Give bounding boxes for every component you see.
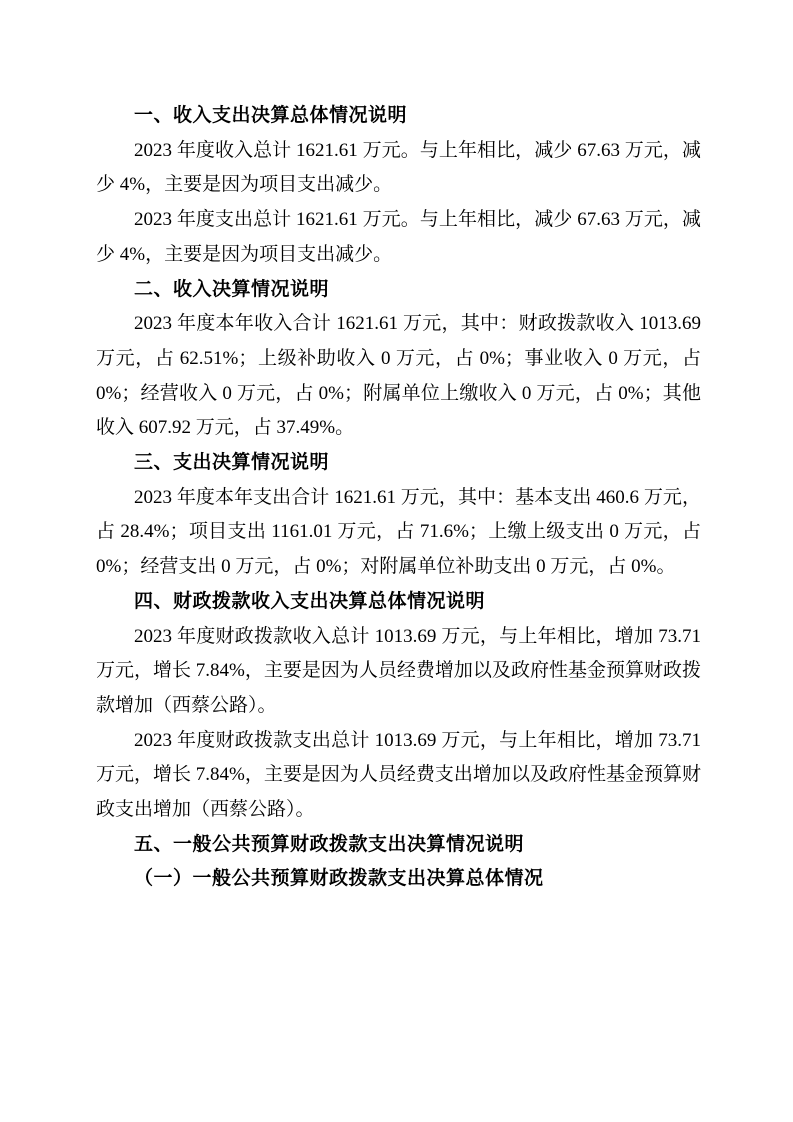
paragraph: 2023 年度财政拨款支出总计 1013.69 万元，与上年相比，增加 73.7… — [96, 724, 701, 828]
section-1-heading: 一、收入支出决算总体情况说明 — [96, 99, 701, 134]
section-3-heading: 三、支出决算情况说明 — [96, 446, 701, 481]
paragraph: 2023 年度收入总计 1621.61 万元。与上年相比，减少 67.63 万元… — [96, 134, 701, 203]
section-4-heading: 四、财政拨款收入支出决算总体情况说明 — [96, 585, 701, 620]
paragraph: 2023 年度本年支出合计 1621.61 万元，其中：基本支出 460.6 万… — [96, 481, 701, 585]
document-content: 一、收入支出决算总体情况说明 2023 年度收入总计 1621.61 万元。与上… — [0, 0, 793, 897]
paragraph: 2023 年度财政拨款收入总计 1013.69 万元，与上年相比，增加 73.7… — [96, 620, 701, 724]
document-page: 一、收入支出决算总体情况说明 2023 年度收入总计 1621.61 万元。与上… — [0, 0, 793, 1122]
section-2-heading: 二、收入决算情况说明 — [96, 273, 701, 308]
section-5-subheading: （一）一般公共预算财政拨款支出决算总体情况 — [96, 862, 701, 897]
section-5-heading: 五、一般公共预算财政拨款支出决算情况说明 — [96, 828, 701, 863]
paragraph: 2023 年度本年收入合计 1621.61 万元，其中：财政拨款收入 1013.… — [96, 307, 701, 446]
paragraph: 2023 年度支出总计 1621.61 万元。与上年相比，减少 67.63 万元… — [96, 203, 701, 272]
